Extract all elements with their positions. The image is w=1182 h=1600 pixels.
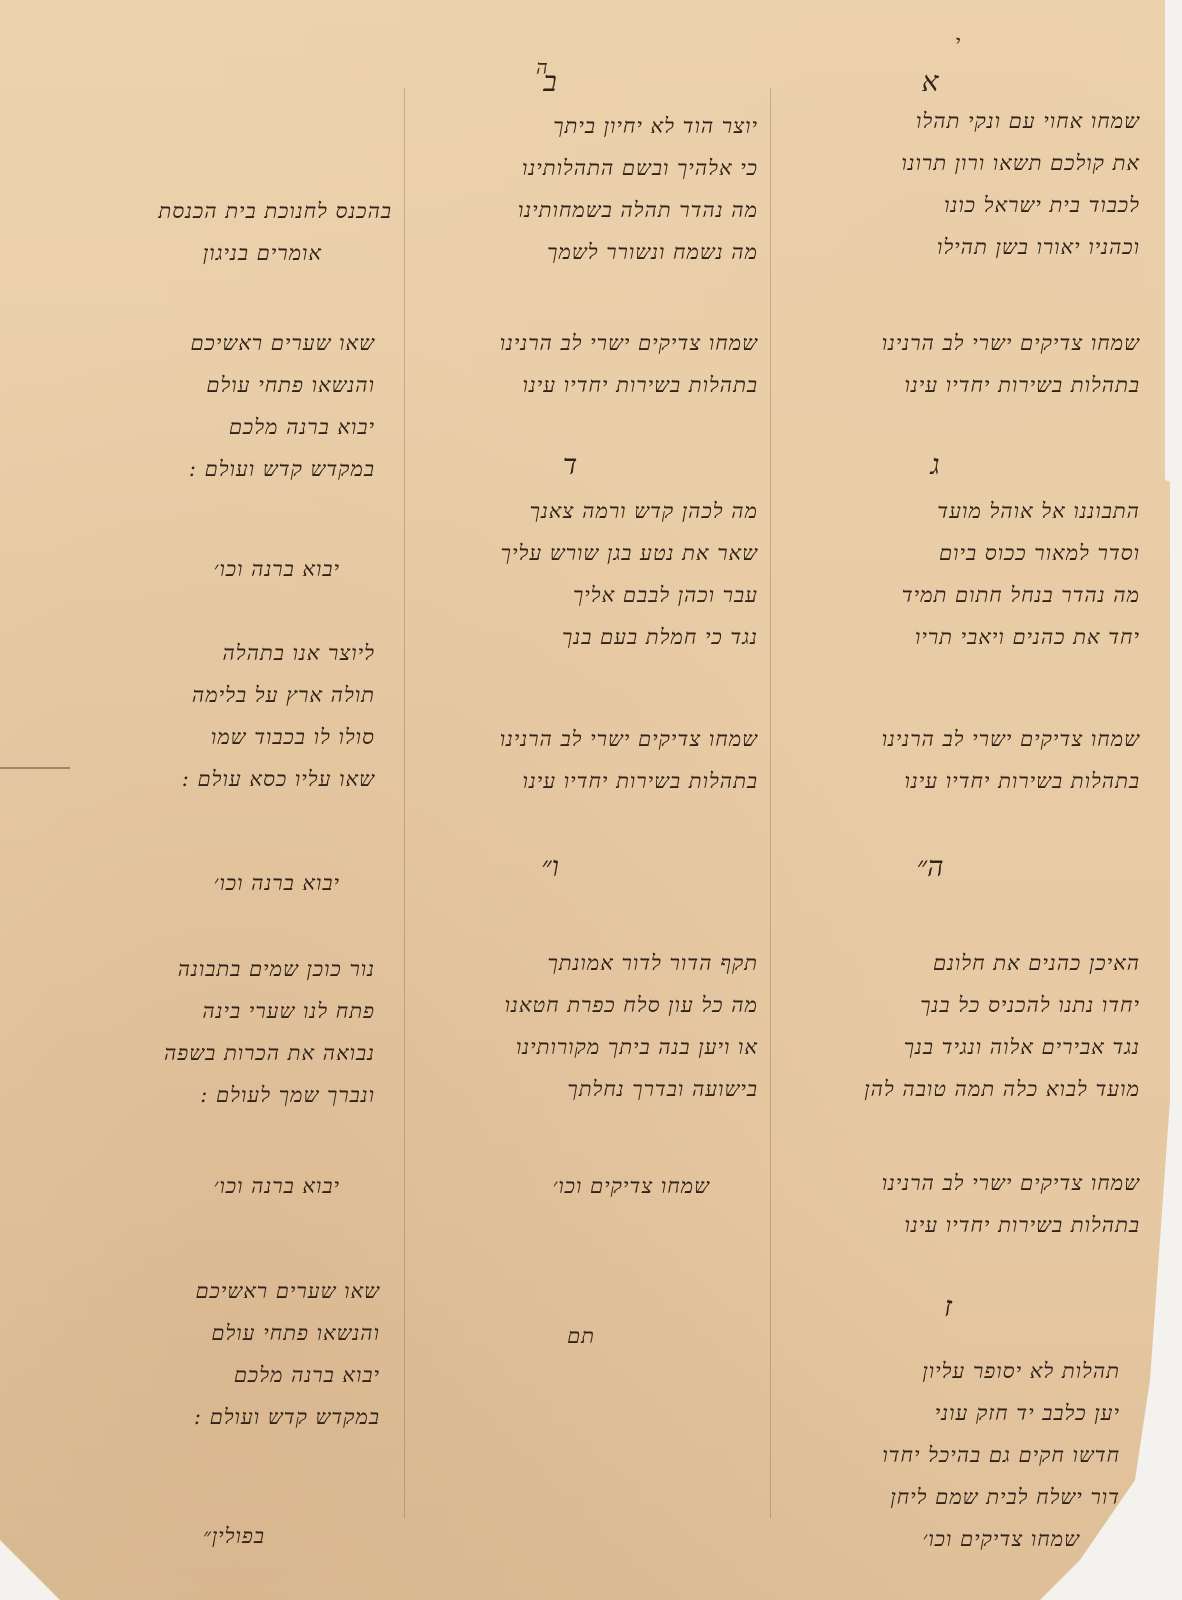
- verse-line: מה נשמח ונשורר לשמך: [408, 231, 758, 273]
- left-column-heading: בהכנס לחנוכת בית הכנסת אומרים בניגון: [12, 190, 392, 274]
- right-column-stanza-3: התבוננו אל אוהל מועד וסדר למאור ככוס ביו…: [760, 490, 1140, 658]
- left-column-stanza-4: שאו שערים ראשיכם והנשאו פתחי עולם יבוא ב…: [10, 1270, 380, 1438]
- left-column-signature: בפולין״: [115, 1515, 265, 1557]
- verse-line: סולו לו בכבוד שמו: [5, 716, 375, 758]
- verse-line: ליוצר אנו בתהלה: [5, 632, 375, 674]
- middle-column-stanza-6: תקף הדור לדור אמונתך מה כל עון סלח כפרת …: [398, 942, 758, 1110]
- verse-line: והנשאו פתחי עולם: [5, 364, 375, 406]
- refrain-line: יבוא ברנה וכו׳: [40, 862, 340, 904]
- verse-line: התבוננו אל אוהל מועד: [760, 490, 1140, 532]
- column-rule-right: [770, 88, 771, 1518]
- verse-line: יבוא ברנה מלכם: [5, 406, 375, 448]
- left-column-refrain-2: יבוא ברנה וכו׳: [40, 862, 340, 904]
- refrain-line: שמחו צדיקים ישרי לב הרנינו: [760, 322, 1140, 364]
- verse-line: לכבוד בית ישראל כונו: [760, 184, 1140, 226]
- verse-line: מה לכהן קדש ורמה צאנך: [398, 490, 758, 532]
- section-letter-dalet: ד: [540, 448, 600, 482]
- verse-line: נור כוכן שמים בתבונה: [0, 948, 375, 990]
- verse-line: ונברך שמך לעולם :: [0, 1074, 375, 1116]
- verse-line: שאו שערים ראשיכם: [5, 322, 375, 364]
- verse-line: שאו שערים ראשיכם: [10, 1270, 380, 1312]
- section-letter-gimel: ג: [905, 448, 965, 482]
- verse-line: בישועה ובדרך נחלתך: [398, 1068, 758, 1110]
- left-column-stanza-3: נור כוכן שמים בתבונה פתח לנו שערי בינה נ…: [0, 948, 375, 1116]
- verse-line: יחד את כהנים ויאבי תריו: [760, 616, 1140, 658]
- left-column-stanza-2: ליוצר אנו בתהלה תולה ארץ על בלימה סולו ל…: [5, 632, 375, 800]
- verse-line: שאו עליו כסא עולם :: [5, 758, 375, 800]
- middle-column-refrain-2: שמחו צדיקים ישרי לב הרנינו בתהלות בשירות…: [398, 718, 758, 802]
- section-letter-alef: א: [900, 65, 960, 99]
- left-column-refrain-3: יבוא ברנה וכו׳: [40, 1165, 340, 1207]
- verse-line: נבואה את הכרות בשפה: [0, 1032, 375, 1074]
- verse-line: מה כל עון סלח כפרת חטאנו: [398, 984, 758, 1026]
- middle-column-refrain-1: שמחו צדיקים ישרי לב הרנינו בתהלות בשירות…: [398, 322, 758, 406]
- heading-line: בהכנס לחנוכת בית הכנסת: [12, 190, 392, 232]
- right-column-refrain-3: שמחו צדיקים ישרי לב הרנינו בתהלות בשירות…: [760, 1162, 1140, 1246]
- refrain-line: שמחו צדיקים ישרי לב הרנינו: [398, 322, 758, 364]
- verse-line: מה נהדר תהלה בשמחותינו: [408, 189, 758, 231]
- verse-line: נגד כי חמלת בעם בנך: [398, 616, 758, 658]
- verse-line: יוצר הוד לא יחיון ביתך: [408, 105, 758, 147]
- verse-line: יבוא ברנה מלכם: [10, 1354, 380, 1396]
- verse-line: דור ישלח לבית שמם ליחן: [740, 1476, 1120, 1518]
- manuscript-page: י ה א שמחו אחוי עם ונקי תהלו את קולכם תש…: [0, 0, 1170, 1600]
- verse-line: יען כלבב יד חזק עוני: [740, 1392, 1120, 1434]
- right-column-stanza-7: תהלות לא יסופר עליון יען כלבב יד חזק עונ…: [740, 1350, 1120, 1560]
- end-mark-text: תם: [515, 1315, 595, 1357]
- end-mark: תם: [515, 1315, 595, 1357]
- verse-line: וסדר למאור ככוס ביום: [760, 532, 1140, 574]
- closing-line: שמחו צדיקים וכו׳: [740, 1518, 1120, 1560]
- section-letter-vav: ו״: [520, 850, 580, 884]
- signature-text: בפולין״: [115, 1515, 265, 1557]
- refrain-line: שמחו צדיקים ישרי לב הרנינו: [760, 718, 1140, 760]
- verse-line: תקף הדור לדור אמונתך: [398, 942, 758, 984]
- left-column-stanza-1: שאו שערים ראשיכם והנשאו פתחי עולם יבוא ב…: [5, 322, 375, 490]
- verse-line: פתח לנו שערי בינה: [0, 990, 375, 1032]
- verse-line: את קולכם תשאו ורון תרונו: [760, 142, 1140, 184]
- refrain-line: בתהלות בשירות יחדיו עינו: [760, 1204, 1140, 1246]
- refrain-line: בתהלות בשירות יחדיו עינו: [398, 364, 758, 406]
- verse-line: שמחו אחוי עם ונקי תהלו: [760, 100, 1140, 142]
- heading-line: אומרים בניגון: [12, 232, 392, 274]
- verse-line: נגד אבירים אלוה ונגיד בנך: [760, 1026, 1140, 1068]
- right-column-stanza-5: האיכן כהנים את חלונם יחדו נתנו להכניס כל…: [760, 942, 1140, 1110]
- verse-line: עבר וכהן לבבם אליך: [398, 574, 758, 616]
- middle-column-closing: שמחו צדיקים וכו׳: [410, 1165, 710, 1207]
- top-mark-right: י: [955, 30, 960, 55]
- section-letter-zayin: ז: [918, 1290, 978, 1324]
- verse-line: והנשאו פתחי עולם: [10, 1312, 380, 1354]
- refrain-line: שמחו צדיקים ישרי לב הרנינו: [760, 1162, 1140, 1204]
- verse-line: האיכן כהנים את חלונם: [760, 942, 1140, 984]
- verse-line: או ויען בנה ביתך מקורותינו: [398, 1026, 758, 1068]
- left-column-refrain-1: יבוא ברנה וכו׳: [40, 548, 340, 590]
- closing-line: שמחו צדיקים וכו׳: [410, 1165, 710, 1207]
- verse-line: תהלות לא יסופר עליון: [740, 1350, 1120, 1392]
- verse-line: מה נהדר בנחל חתום תמיד: [760, 574, 1140, 616]
- verse-line: תולה ארץ על בלימה: [5, 674, 375, 716]
- section-letter-bet: ב: [520, 65, 580, 99]
- middle-column-stanza-4: מה לכהן קדש ורמה צאנך שאר את נטע בגן שור…: [398, 490, 758, 658]
- refrain-line: בתהלות בשירות יחדיו עינו: [760, 364, 1140, 406]
- refrain-line: בתהלות בשירות יחדיו עינו: [760, 760, 1140, 802]
- verse-line: וכהניו יאורו בשן תהילו: [760, 226, 1140, 268]
- refrain-line: בתהלות בשירות יחדיו עינו: [398, 760, 758, 802]
- refrain-line: יבוא ברנה וכו׳: [40, 548, 340, 590]
- verse-line: יחדו נתנו להכניס כל בנך: [760, 984, 1140, 1026]
- refrain-line: יבוא ברנה וכו׳: [40, 1165, 340, 1207]
- verse-line: מועד לבוא כלה תמה טובה להן: [760, 1068, 1140, 1110]
- refrain-line: שמחו צדיקים ישרי לב הרנינו: [398, 718, 758, 760]
- verse-line: במקדש קדש ועולם :: [10, 1396, 380, 1438]
- verse-line: שאר את נטע בגן שורש עליך: [398, 532, 758, 574]
- right-column-refrain-2: שמחו צדיקים ישרי לב הרנינו בתהלות בשירות…: [760, 718, 1140, 802]
- right-column-stanza-1: שמחו אחוי עם ונקי תהלו את קולכם תשאו ורו…: [760, 100, 1140, 268]
- verse-line: חדשו חקים גם בהיכל יחדו: [740, 1434, 1120, 1476]
- section-letter-he: ה״: [900, 850, 960, 884]
- middle-column-stanza-2: יוצר הוד לא יחיון ביתך כי אלהיך ובשם התה…: [408, 105, 758, 273]
- verse-line: כי אלהיך ובשם התהלותינו: [408, 147, 758, 189]
- right-column-refrain-1: שמחו צדיקים ישרי לב הרנינו בתהלות בשירות…: [760, 322, 1140, 406]
- verse-line: במקדש קדש ועולם :: [5, 448, 375, 490]
- column-rule-left: [404, 88, 405, 1518]
